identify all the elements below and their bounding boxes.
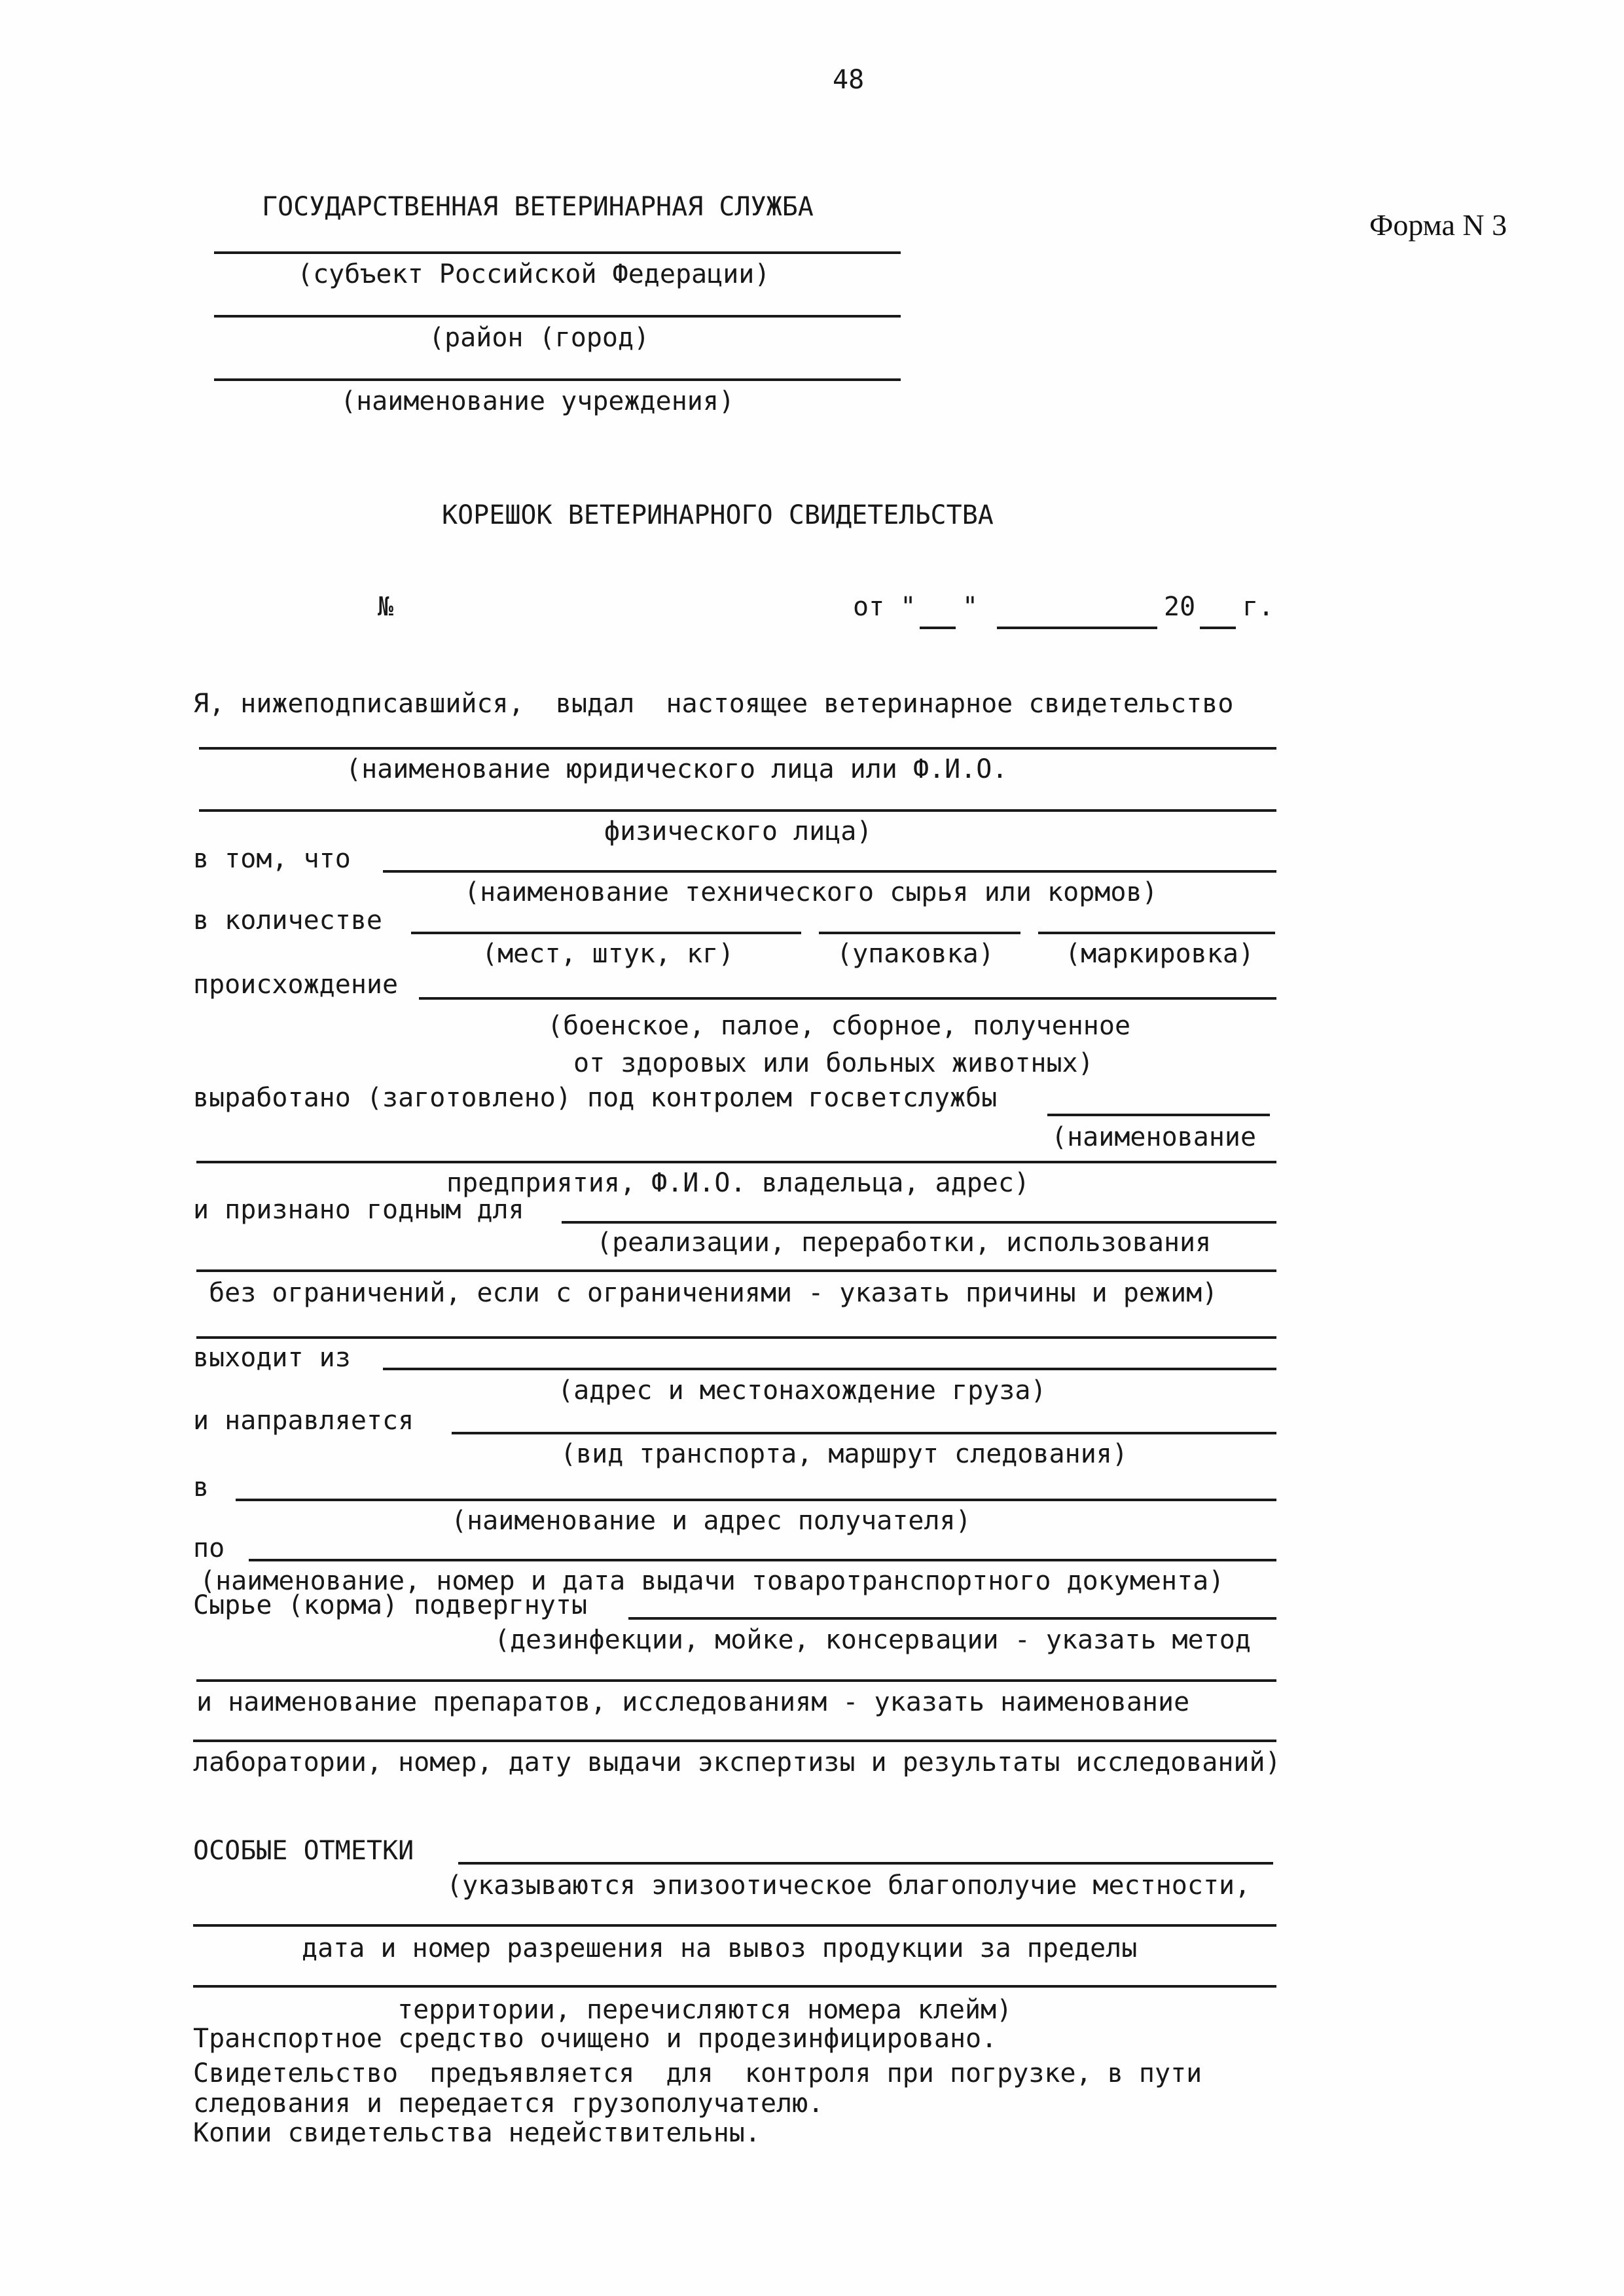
transport-label: и направляется [193, 1405, 414, 1436]
origin-caption-2: от здоровых или больных животных) [573, 1048, 1094, 1079]
fitness-fill-line [562, 1221, 1276, 1224]
fitness-label: и признано годным для [193, 1194, 524, 1226]
subject-fill-line [214, 251, 901, 254]
subject-caption: (субъект Российской Федерации) [297, 259, 770, 290]
special-notes-label: ОСОБЫЕ ОТМЕТКИ [193, 1835, 414, 1867]
recipient-name-fill-line-2 [199, 809, 1276, 812]
product-caption: (наименование технического сырья или кор… [464, 877, 1158, 908]
date-quote-close: " [962, 591, 978, 623]
scanned-form-page: 48 Форма N 3 ГОСУДАРСТВЕННАЯ ВЕТЕРИНАРНА… [0, 0, 1624, 2296]
enterprise-fill-line [196, 1161, 1276, 1163]
date-month-fill-line [997, 627, 1157, 629]
departure-fill-line [383, 1368, 1276, 1370]
produced-caption: (наименование [1051, 1121, 1256, 1153]
note-certificate-presented-1: Свидетельство предъявляется для контроля… [193, 2058, 1202, 2089]
district-fill-line [214, 315, 901, 318]
product-fill-line [383, 870, 1276, 873]
recipient-name-caption-1: (наименование юридического лица или Ф.И.… [346, 754, 1007, 785]
laboratory-caption: лаборатории, номер, дату выдачи эксперти… [193, 1747, 1281, 1778]
restrictions-fill-line-2 [196, 1336, 1276, 1339]
recipient-name-caption-2: физического лица) [604, 816, 872, 847]
treatment-caption: (дезинфекции, мойке, консервации - указа… [494, 1624, 1251, 1656]
restrictions-caption: без ограничений, если с ограничениями - … [193, 1277, 1218, 1309]
treatment-label: Сырье (корма) подвергнуты [193, 1590, 587, 1621]
date-year-prefix: 20 [1164, 591, 1195, 623]
origin-fill-line [419, 997, 1276, 1000]
special-notes-fill-line [458, 1862, 1273, 1865]
date-year-fill-line [1200, 627, 1236, 629]
laboratory-fill-line [193, 1740, 1276, 1742]
recipient-address-fill-line [236, 1499, 1276, 1501]
quantity-places-fill-line [411, 932, 801, 934]
note-certificate-presented-2: следования и передается грузополучателю. [193, 2088, 823, 2119]
origin-caption-1: (боенское, палое, сборное, полученное [547, 1010, 1130, 1042]
preparations-fill-line [196, 1679, 1276, 1682]
territory-fill-line [193, 1985, 1276, 1988]
quantity-packaging-caption: (упаковка) [837, 938, 994, 970]
document-ref-fill-line [249, 1559, 1276, 1561]
note-transport-cleaned: Транспортное средство очищено и продезин… [193, 2023, 997, 2054]
quantity-marking-fill-line [1038, 932, 1275, 934]
transport-caption: (вид транспорта, маршрут следования) [560, 1438, 1128, 1470]
date-day-fill-line [920, 627, 956, 629]
issuer-statement-text: Я, нижеподписавшийся, выдал настоящее ве… [193, 688, 1233, 720]
institution-caption: (наименование учреждения) [340, 386, 734, 417]
special-notes-caption: (указываются эпизоотическое благополучие… [446, 1870, 1250, 1901]
page-number: 48 [833, 64, 864, 96]
quantity-places-caption: (мест, штук, кг) [482, 938, 734, 970]
district-caption: (район (город) [429, 322, 649, 354]
recipient-name-fill-line [199, 747, 1276, 750]
recipient-address-label: в [193, 1472, 209, 1503]
enterprise-caption: предприятия, Ф.И.О. владельца, адрес) [446, 1167, 1030, 1199]
recipient-address-caption: (наименование и адрес получателя) [451, 1505, 971, 1537]
territory-caption: территории, перечисляются номера клейм) [397, 1994, 1012, 2026]
permission-fill-line [193, 1924, 1276, 1927]
departure-label: выходит из [193, 1342, 351, 1374]
document-title: КОРЕШОК ВЕТЕРИНАРНОГО СВИДЕТЕЛЬСТВА [442, 500, 994, 531]
fitness-caption: (реализации, переработки, использования [596, 1227, 1211, 1258]
service-title: ГОСУДАРСТВЕННАЯ ВЕТЕРИНАРНАЯ СЛУЖБА [262, 191, 814, 223]
restrictions-fill-line [196, 1269, 1276, 1272]
certificate-number-sign: № [378, 591, 393, 623]
document-ref-label: по [193, 1533, 225, 1564]
produced-fill-line [1047, 1114, 1270, 1116]
preparations-caption: и наименование препаратов, исследованиям… [196, 1686, 1189, 1718]
quantity-label: в количестве [193, 905, 382, 936]
date-from-label: от " [853, 591, 916, 623]
quantity-marking-caption: (маркировка) [1065, 938, 1254, 970]
product-label: в том, что [193, 843, 351, 875]
date-year-suffix: г. [1242, 591, 1274, 623]
transport-fill-line [452, 1432, 1276, 1434]
departure-caption: (адрес и местонахождение груза) [558, 1375, 1047, 1406]
note-copies-invalid: Копии свидетельства недействительны. [193, 2117, 761, 2149]
quantity-packaging-fill-line [819, 932, 1020, 934]
permission-caption: дата и номер разрешения на вывоз продукц… [302, 1933, 1137, 1964]
form-number-label: Форма N 3 [1369, 208, 1507, 242]
origin-label: происхождение [193, 969, 398, 1000]
produced-label: выработано (заготовлено) под контролем г… [193, 1082, 997, 1114]
treatment-fill-line [628, 1617, 1276, 1620]
institution-fill-line [214, 378, 901, 381]
